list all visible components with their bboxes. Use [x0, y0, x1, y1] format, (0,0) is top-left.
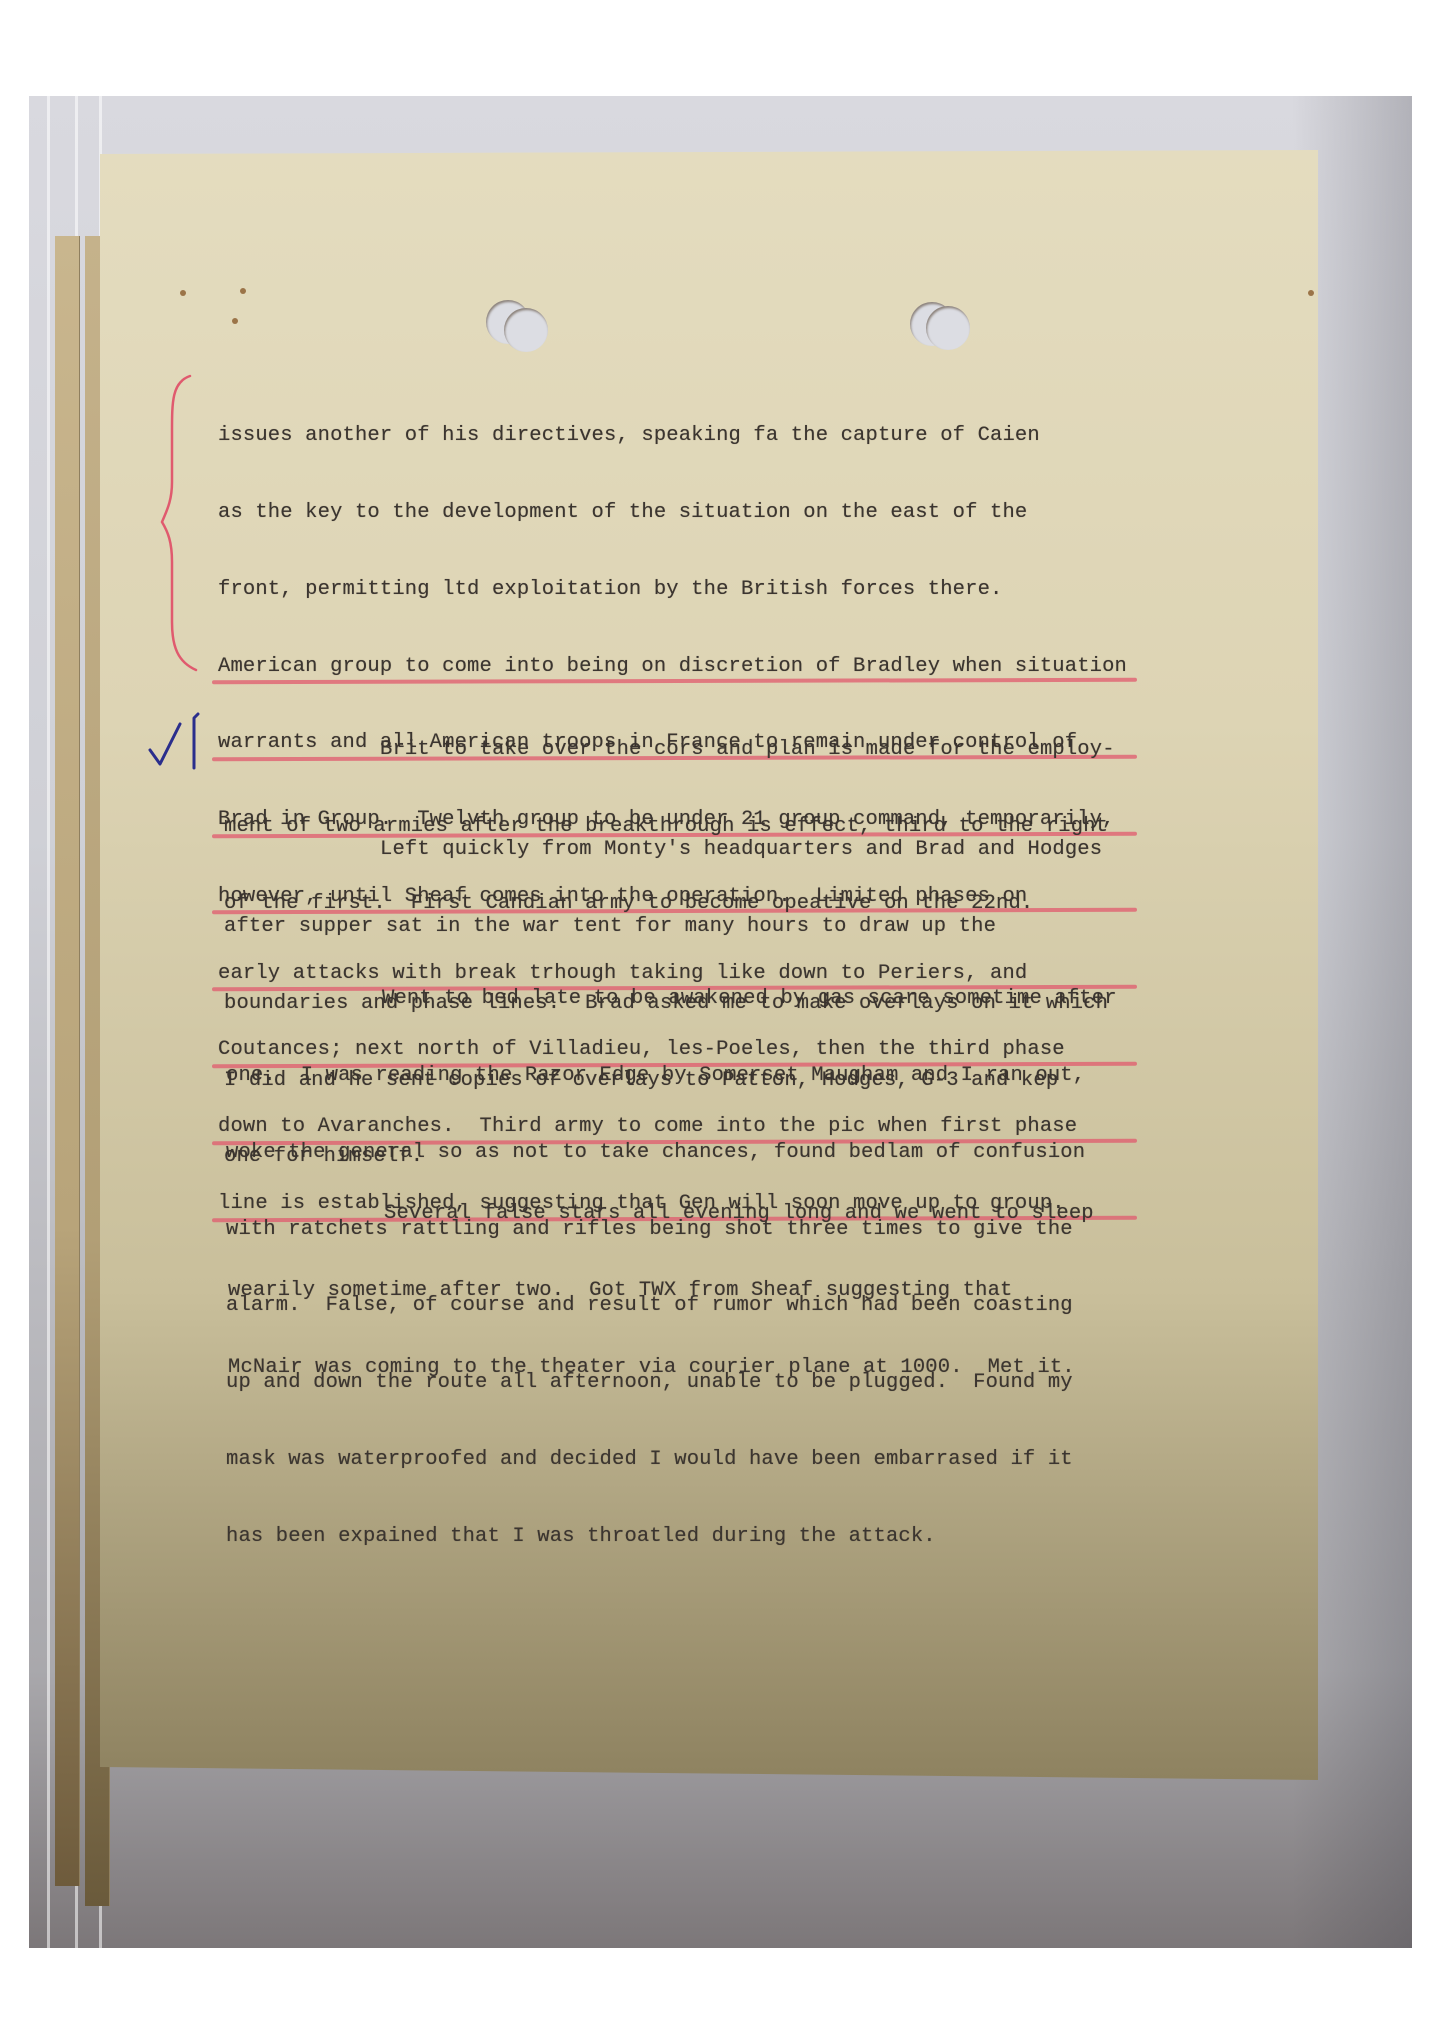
brace-icon — [160, 372, 200, 672]
folder-edge — [47, 96, 50, 1948]
text-line: mask was waterproofed and decided I woul… — [226, 1447, 1117, 1473]
text-line: wearily sometime after two. Got TWX from… — [228, 1278, 1094, 1304]
paper-stain — [1308, 290, 1314, 296]
text-line: Several false stars all evening long and… — [228, 1201, 1094, 1227]
paper-stain — [180, 290, 186, 296]
underlying-page-edge — [55, 236, 80, 1886]
text-line: Brit to take over the cors and plan is m… — [224, 737, 1115, 763]
paper-stain — [240, 288, 246, 294]
text-line: as the key to the development of the sit… — [218, 500, 1127, 526]
text-line: Went to bed late to be awakened by gas s… — [226, 986, 1117, 1012]
highlighted-line: American group to come into being on dis… — [218, 654, 1127, 680]
punch-hole-icon — [504, 308, 548, 352]
punch-hole-icon — [926, 306, 970, 350]
text-line: front, permitting ltd exploitation by th… — [218, 577, 1127, 603]
text-line: McNair was coming to the theater via cou… — [228, 1355, 1094, 1381]
paragraph-5: Several false stars all evening long and… — [228, 1150, 1094, 1406]
text-line: issues another of his directives, speaki… — [218, 423, 1127, 449]
text-line: one. I was reading the Razor Edge by Som… — [226, 1063, 1117, 1089]
paper-stain — [232, 318, 238, 324]
text-line: has been expained that I was throatled d… — [226, 1524, 1117, 1550]
text-line: Left quickly from Monty's headquarters a… — [224, 837, 1108, 863]
check-icon — [146, 706, 206, 776]
